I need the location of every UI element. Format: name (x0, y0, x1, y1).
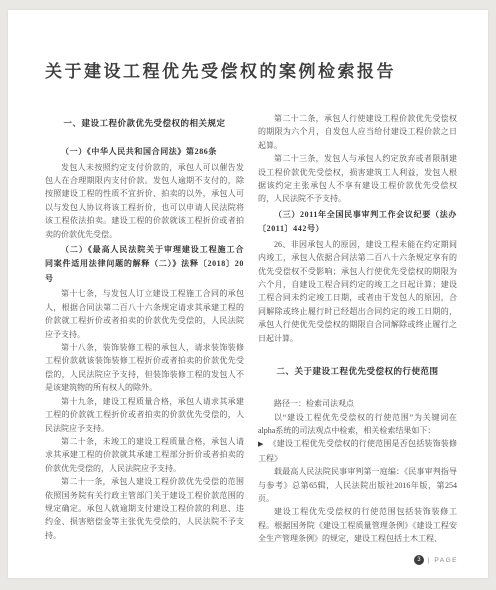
page-footer: 3 | PAGE (414, 555, 458, 565)
section-heading-1: 一、建设工程价款优先受偿权的相关规定 (45, 116, 244, 130)
section-heading-2: 二、关于建设工程优先受偿权的行使范围 (258, 364, 457, 378)
page-title: 关于建设工程优先受偿权的案例检索报告 (45, 60, 454, 84)
subsection-heading-2: （二）《最高人民法院关于审理建设工程施工合同案件适用法律问题的解释（二）》法释〔… (45, 243, 244, 287)
left-column: 一、建设工程价款优先受偿权的相关规定 （一）《中华人民共和国合同法》第286条 … (45, 112, 244, 546)
statute-paragraph: 第二十一条，承包人建设工程价款优先受偿的范围依照国务院有关行政主管部门关于建设工… (45, 475, 244, 542)
search-description-paragraph: 以“建设工程优先受偿权的行使范围”为关键词在alpha系统的司法观点中检索，相关… (258, 411, 457, 438)
opinion-paragraph: 建设工程优先受偿权的行使范围包括装饰装修工程。根据国务院《建设工程质量管理条例》… (258, 505, 457, 545)
subsection-heading-3: （三）2011年全国民事审判工作会议纪要（法办〔2011〕442号） (258, 208, 457, 237)
search-result-title: 《建设工程优先受偿权的行使范围是否包括装饰装修工程》 (258, 439, 457, 462)
statute-paragraph: 第二十二条，承包人行使建设工程价款优先受偿权的期限为六个月，自发包人应当给付建设… (258, 112, 457, 152)
page-number-badge: 3 (414, 555, 424, 565)
subsection-heading-1: （一）《中华人民共和国合同法》第286条 (45, 145, 244, 160)
statute-paragraph: 第二十三条，发包人与承包人约定放弃或者限制建设工程价款优先受偿权，损害建筑工人利… (258, 152, 457, 206)
search-result-item: ▶《建设工程优先受偿权的行使范围是否包括装饰装修工程》 (258, 437, 457, 465)
page-label: | PAGE (428, 557, 458, 564)
statute-paragraph: 第十八条，装饰装修工程的承包人，请求装饰装修工程价款就该装饰装修工程折价或者拍卖… (45, 341, 244, 395)
two-column-layout: 一、建设工程价款优先受偿权的相关规定 （一）《中华人民共和国合同法》第286条 … (8, 112, 488, 546)
search-path-line: 路径一：检索司法观点 (258, 397, 457, 410)
citation-paragraph: 载最高人民法院民事审判第一庭编：《民事审判指导与参考》总第65辑，人民法院出版社… (258, 465, 457, 505)
statute-paragraph: 26、非因承包人的原因，建设工程未能在约定期间内竣工，承包人依据合同法第二百八十… (258, 238, 457, 345)
document-page: 关于建设工程优先受偿权的案例检索报告 一、建设工程价款优先受偿权的相关规定 （一… (8, 10, 488, 578)
statute-paragraph: 发包人未按照约定支付价款的，承包人可以催告发包人在合理期限内支付价款。发包人逾期… (45, 161, 244, 241)
triangle-bullet-icon: ▶ (258, 440, 264, 448)
statute-paragraph: 第十七条，与发包人订立建设工程施工合同的承包人，根据合同法第二百八十六条规定请求… (45, 287, 244, 341)
statute-paragraph: 第二十条，未竣工的建设工程质量合格，承包人请求其承建工程的价款就其承建工程部分折… (45, 435, 244, 475)
right-column: 第二十二条，承包人行使建设工程价款优先受偿权的期限为六个月，自发包人应当给付建设… (258, 112, 457, 546)
statute-paragraph: 第十九条，建设工程质量合格，承包人请求其承建工程的价款就工程折价或者拍卖的价款优… (45, 395, 244, 435)
